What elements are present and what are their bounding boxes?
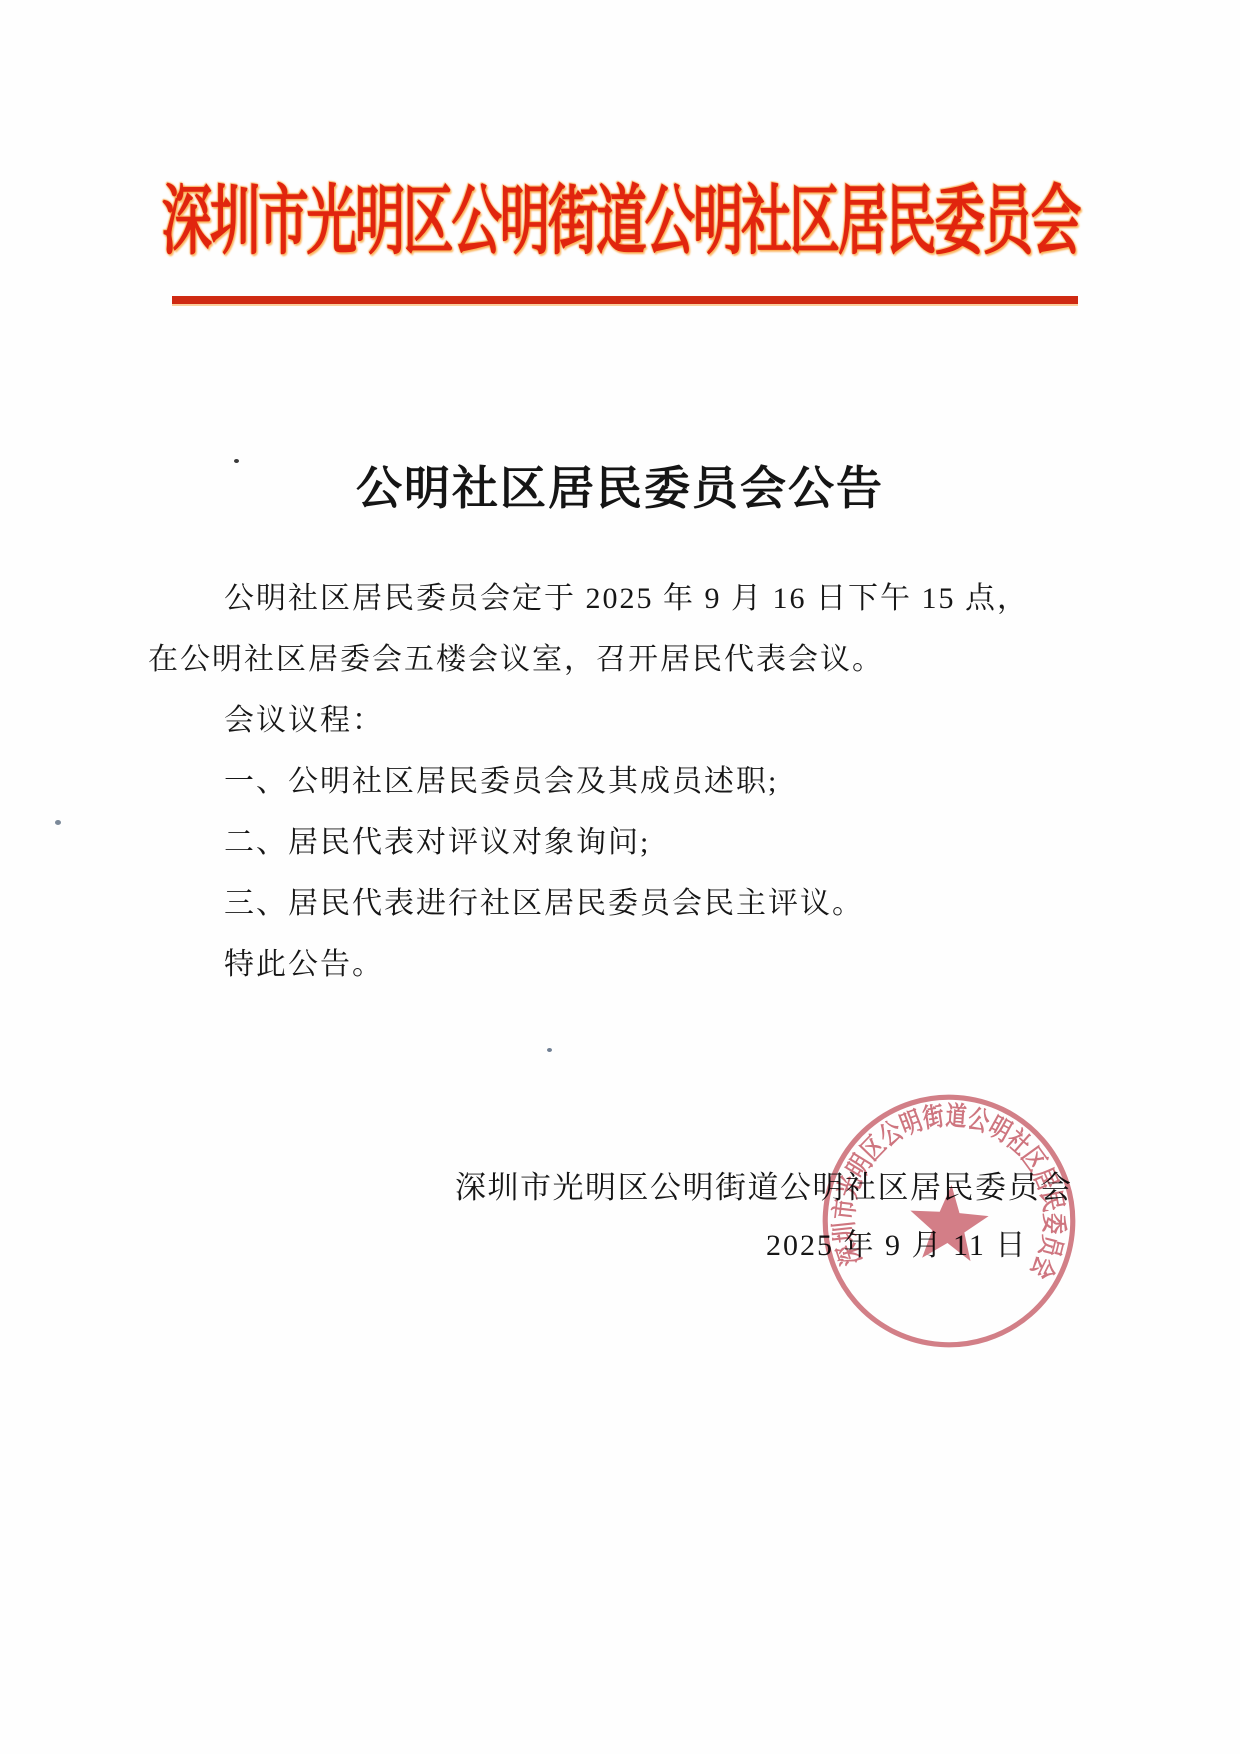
body-line-agenda-heading: 会议议程： xyxy=(148,690,1098,751)
document-title: 公明社区居民委员会公告 xyxy=(0,452,1240,518)
scan-speck xyxy=(547,1048,552,1052)
scan-speck xyxy=(55,820,61,825)
letterhead-org-name: 深圳市光明区公明街道公明社区居民委员会 xyxy=(161,159,1079,269)
body-line-agenda-item-2: 二、居民代表对评议对象询问; xyxy=(148,812,1098,873)
body-line-agenda-item-3: 三、居民代表进行社区居民委员会民主评议。 xyxy=(148,873,1098,934)
body-line-closing: 特此公告。 xyxy=(148,934,1098,995)
scan-speck xyxy=(234,459,239,463)
body-line: 公明社区居民委员会定于 2025 年 9 月 16 日下午 15 点， xyxy=(148,568,1098,629)
announcement-body: 公明社区居民委员会定于 2025 年 9 月 16 日下午 15 点， 在公明社… xyxy=(148,568,1098,995)
official-seal: 深圳市光明区公明街道公明社区居民委员会 xyxy=(809,1081,1089,1361)
star-icon xyxy=(907,1182,990,1262)
body-line: 在公明社区居委会五楼会议室，召开居民代表会议。 xyxy=(148,629,1098,690)
letterhead-rule xyxy=(172,296,1078,304)
document-page: 深圳市光明区公明街道公明社区居民委员会 公明社区居民委员会公告 公明社区居民委员… xyxy=(0,0,1240,1754)
letterhead: 深圳市光明区公明街道公明社区居民委员会 xyxy=(0,158,1240,270)
body-line-agenda-item-1: 一、公明社区居民委员会及其成员述职; xyxy=(148,751,1098,812)
